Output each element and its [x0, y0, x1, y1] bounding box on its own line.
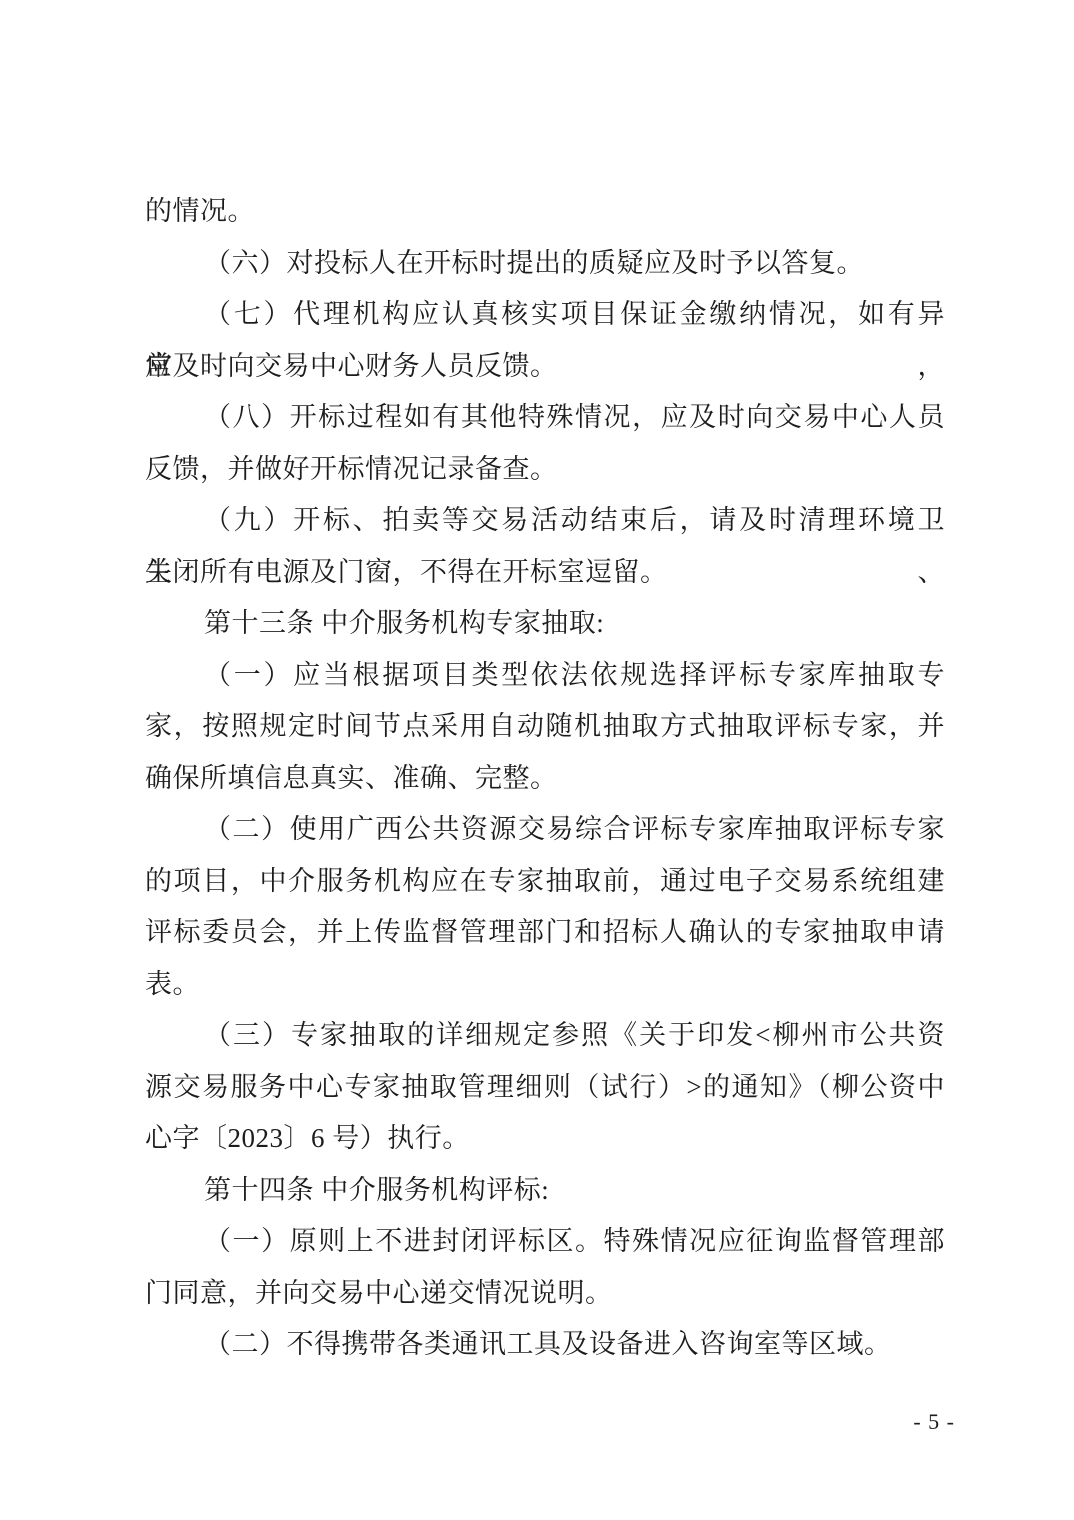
document-line: 的情况。: [145, 186, 945, 238]
document-line: 的项目，中介服务机构应在专家抽取前，通过电子交易系统组建: [145, 856, 945, 908]
document-line: 家，按照规定时间节点采用自动随机抽取方式抽取评标专家，并: [145, 701, 945, 753]
document-line: （九）开标、拍卖等交易活动结束后，请及时清理环境卫生、: [145, 495, 945, 547]
document-line: 反馈，并做好开标情况记录备查。: [145, 444, 945, 496]
document-line: （八）开标过程如有其他特殊情况，应及时向交易中心人员: [145, 392, 945, 444]
document-line-article-heading: 第十三条 中介服务机构专家抽取:: [145, 598, 945, 650]
document-page: 的情况。 （六）对投标人在开标时提出的质疑应及时予以答复。 （七）代理机构应认真…: [0, 0, 1074, 1520]
document-line: 表。: [145, 959, 945, 1011]
page-number: - 5 -: [913, 1405, 955, 1439]
document-line-article-heading: 第十四条 中介服务机构评标:: [145, 1165, 945, 1217]
document-line: （六）对投标人在开标时提出的质疑应及时予以答复。: [145, 238, 945, 290]
document-line: （一）原则上不进封闭评标区。特殊情况应征询监督管理部: [145, 1216, 945, 1268]
document-line: 源交易服务中心专家抽取管理细则（试行）>的通知》（柳公资中: [145, 1062, 945, 1114]
document-line: （二）不得携带各类通讯工具及设备进入咨询室等区域。: [145, 1319, 945, 1371]
document-line: 门同意，并向交易中心递交情况说明。: [145, 1268, 945, 1320]
document-text-block: 的情况。 （六）对投标人在开标时提出的质疑应及时予以答复。 （七）代理机构应认真…: [145, 186, 945, 1371]
document-line: 确保所填信息真实、准确、完整。: [145, 753, 945, 805]
document-line: （二）使用广西公共资源交易综合评标专家库抽取评标专家: [145, 804, 945, 856]
document-line: 评标委员会，并上传监督管理部门和招标人确认的专家抽取申请: [145, 907, 945, 959]
document-line: （七）代理机构应认真核实项目保证金缴纳情况，如有异常，: [145, 289, 945, 341]
document-line: 心字〔2023〕6 号）执行。: [145, 1113, 945, 1165]
document-line: （一）应当根据项目类型依法依规选择评标专家库抽取专: [145, 650, 945, 702]
document-line: （三）专家抽取的详细规定参照《关于印发<柳州市公共资: [145, 1010, 945, 1062]
